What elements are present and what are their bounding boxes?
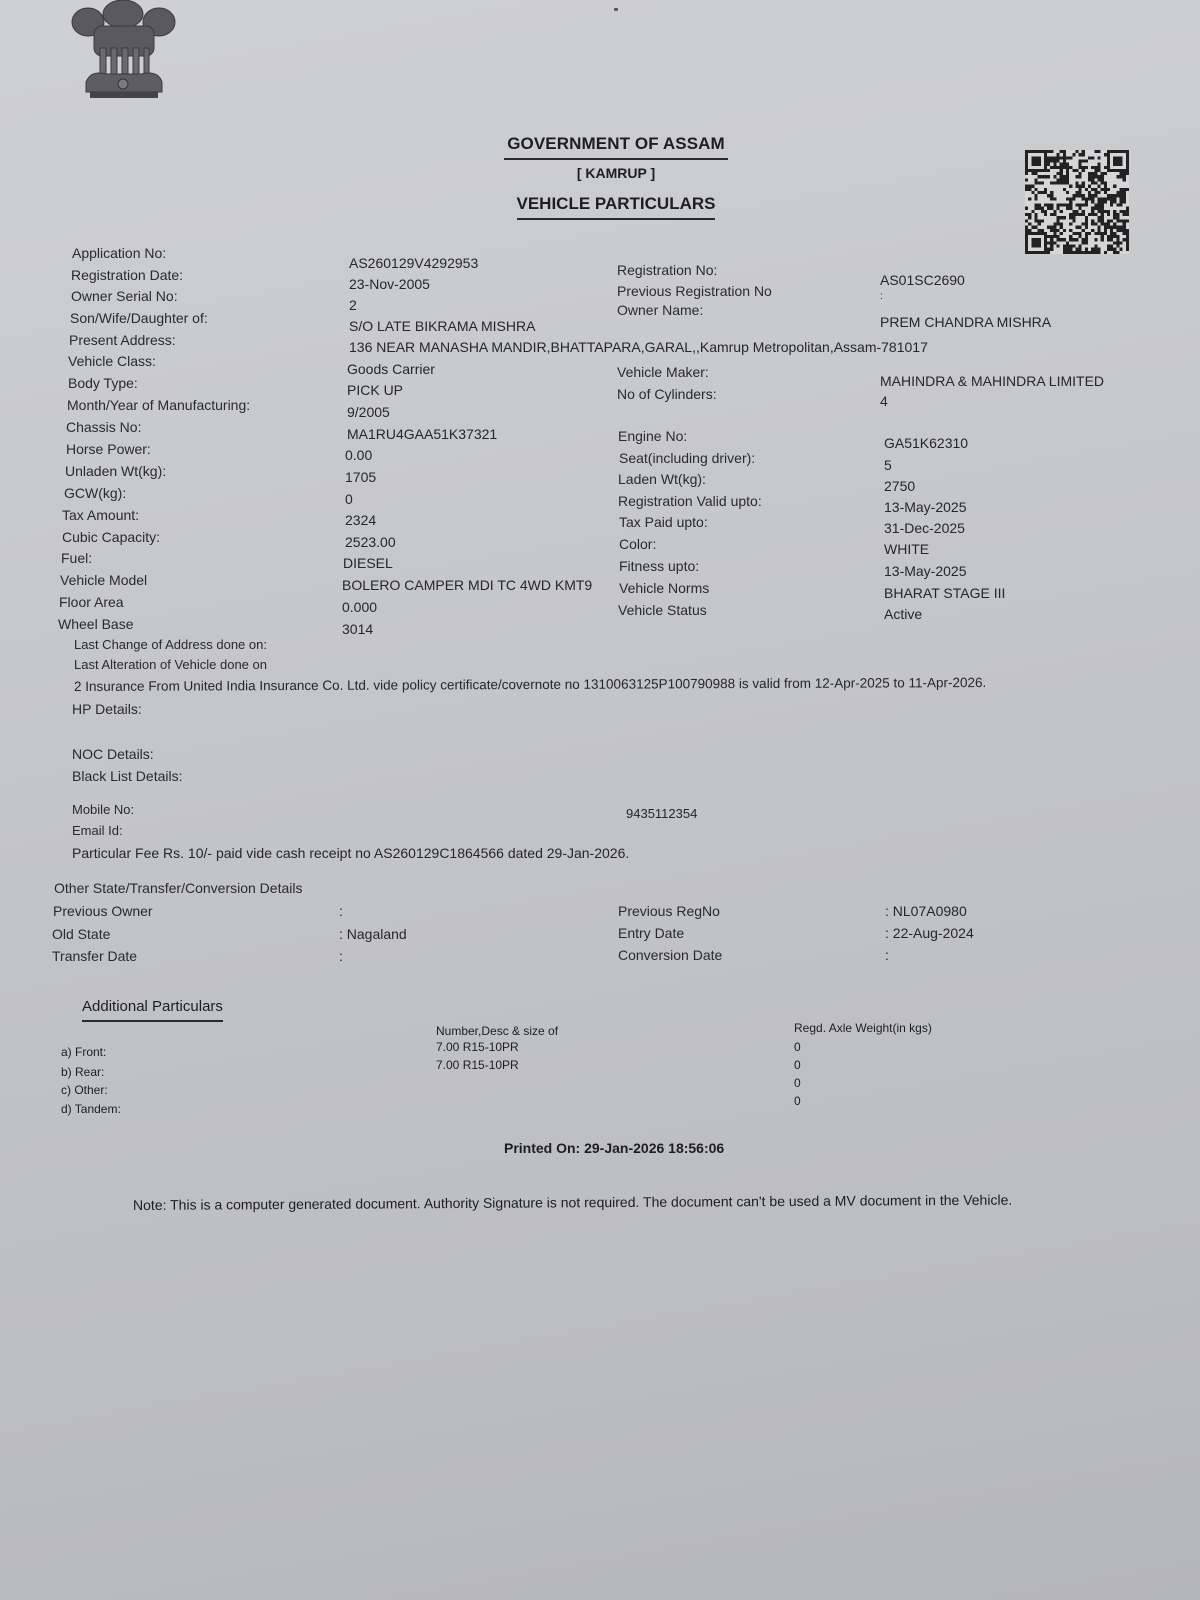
field-label: Vehicle Class: bbox=[68, 353, 156, 369]
field-label: Owner Name: bbox=[617, 302, 703, 318]
field-value: 13-May-2025 bbox=[884, 499, 967, 515]
hp-details-label: HP Details: bbox=[72, 701, 142, 717]
field-label: Application No: bbox=[72, 245, 166, 261]
field-value: 1705 bbox=[345, 469, 376, 485]
field-label: Vehicle Norms bbox=[619, 580, 709, 596]
field-label: Wheel Base bbox=[58, 616, 133, 632]
field-label: Seat(including driver): bbox=[619, 450, 755, 466]
field-value: 3014 bbox=[342, 621, 373, 637]
axle-row-label: d) Tandem: bbox=[61, 1102, 121, 1116]
field-label: Registration Valid upto: bbox=[618, 493, 762, 509]
field-label: Body Type: bbox=[68, 375, 138, 391]
field-label: Vehicle Status bbox=[618, 602, 707, 618]
field-value: DIESEL bbox=[343, 555, 393, 571]
field-label: Horse Power: bbox=[66, 441, 151, 457]
field-value: PREM CHANDRA MISHRA bbox=[880, 314, 1051, 330]
field-label: Unladen Wt(kg): bbox=[65, 463, 166, 479]
field-value: S/O LATE BIKRAMA MISHRA bbox=[349, 318, 535, 334]
entry-date-label: Entry Date bbox=[618, 925, 684, 941]
field-label: Vehicle Model bbox=[60, 572, 147, 588]
axle-row-label: a) Front: bbox=[61, 1045, 106, 1059]
government-title: GOVERNMENT OF ASSAM bbox=[504, 134, 728, 160]
field-value: 0.000 bbox=[342, 599, 377, 615]
noc-details-label: NOC Details: bbox=[72, 746, 154, 762]
blacklist-details-label: Black List Details: bbox=[72, 768, 182, 784]
field-value: AS260129V4292953 bbox=[349, 255, 478, 271]
axle-row-label: b) Rear: bbox=[61, 1065, 104, 1079]
axle-weight: 0 bbox=[794, 1040, 801, 1054]
field-label: Owner Serial No: bbox=[71, 288, 178, 304]
field-label: Fitness upto: bbox=[619, 558, 699, 574]
district-name: [ KAMRUP ] bbox=[504, 165, 728, 181]
field-value: BOLERO CAMPER MDI TC 4WD KMT9 bbox=[342, 577, 592, 593]
mobile-value: 9435112354 bbox=[626, 806, 697, 821]
field-value: 2523.00 bbox=[345, 534, 396, 550]
qr-code-icon bbox=[1024, 150, 1130, 254]
field-value: BHARAT STAGE III bbox=[884, 585, 1005, 601]
field-value: MA1RU4GAA51K37321 bbox=[347, 426, 497, 442]
printed-on: Printed On: 29-Jan-2026 18:56:06 bbox=[504, 1140, 724, 1156]
old-state-label: Old State bbox=[52, 926, 110, 942]
field-label: Fuel: bbox=[61, 550, 92, 566]
field-value: AS01SC2690 bbox=[880, 272, 965, 288]
field-value: 5 bbox=[884, 457, 892, 473]
previous-regno-label: Previous RegNo bbox=[618, 903, 720, 919]
transfer-date-value: : bbox=[339, 948, 343, 964]
last-alteration-label: Last Alteration of Vehicle done on bbox=[74, 657, 267, 672]
field-value: 13-May-2025 bbox=[884, 563, 967, 579]
old-state-value: : Nagaland bbox=[339, 926, 407, 942]
axle-weight: 0 bbox=[794, 1094, 801, 1108]
field-label: Vehicle Maker: bbox=[617, 364, 709, 380]
field-label: Chassis No: bbox=[66, 419, 141, 435]
field-value: : bbox=[880, 291, 883, 302]
mobile-label: Mobile No: bbox=[72, 802, 134, 817]
field-label: Month/Year of Manufacturing: bbox=[67, 397, 250, 413]
field-label: Previous Registration No bbox=[617, 283, 772, 299]
axle-weight: 0 bbox=[794, 1058, 801, 1072]
last-change-address-label: Last Change of Address done on: bbox=[74, 637, 267, 652]
footer-note: Note: This is a computer generated docum… bbox=[133, 1192, 1012, 1213]
field-value: 31-Dec-2025 bbox=[884, 520, 965, 536]
field-value: Active bbox=[884, 606, 922, 622]
transfer-heading: Other State/Transfer/Conversion Details bbox=[54, 880, 302, 896]
field-label: Registration Date: bbox=[71, 267, 183, 283]
conversion-date-value: : bbox=[885, 947, 889, 963]
previous-owner-label: Previous Owner bbox=[53, 903, 153, 919]
insurance-details: 2 Insurance From United India Insurance … bbox=[74, 675, 986, 694]
fee-note: Particular Fee Rs. 10/- paid vide cash r… bbox=[72, 845, 629, 861]
field-label: Son/Wife/Daughter of: bbox=[70, 310, 208, 326]
previous-owner-value: : bbox=[339, 903, 343, 919]
email-label: Email Id: bbox=[72, 823, 123, 838]
axle-weight: 0 bbox=[794, 1076, 801, 1090]
field-label: GCW(kg): bbox=[64, 485, 126, 501]
field-value: WHITE bbox=[884, 541, 929, 557]
previous-regno-value: : NL07A0980 bbox=[885, 903, 967, 919]
field-value: 23-Nov-2005 bbox=[349, 276, 430, 292]
field-value: Goods Carrier bbox=[347, 361, 435, 377]
entry-date-value: : 22-Aug-2024 bbox=[885, 925, 974, 941]
field-label: Present Address: bbox=[69, 332, 176, 348]
page-title: VEHICLE PARTICULARS bbox=[517, 194, 716, 220]
field-value: MAHINDRA & MAHINDRA LIMITED bbox=[880, 373, 1104, 389]
additional-particulars-heading: Additional Particulars bbox=[82, 998, 223, 1022]
conversion-date-label: Conversion Date bbox=[618, 947, 722, 963]
field-value: 0.00 bbox=[345, 447, 372, 463]
field-value: 2750 bbox=[884, 478, 915, 494]
axle-weight-header: Regd. Axle Weight(in kgs) bbox=[794, 1021, 932, 1035]
print-speck bbox=[614, 8, 618, 11]
field-value: 4 bbox=[880, 393, 888, 409]
field-label: Registration No: bbox=[617, 262, 717, 278]
field-value: 136 NEAR MANASHA MANDIR,BHATTAPARA,GARAL… bbox=[349, 339, 928, 355]
field-value: 0 bbox=[345, 491, 353, 507]
field-label: Engine No: bbox=[618, 428, 687, 444]
axle-row-label: c) Other: bbox=[61, 1083, 108, 1097]
field-label: Color: bbox=[619, 536, 656, 552]
field-value: 9/2005 bbox=[347, 404, 390, 420]
field-value: 2 bbox=[349, 297, 357, 313]
field-label: Tax Amount: bbox=[62, 507, 139, 523]
field-label: Cubic Capacity: bbox=[62, 529, 160, 545]
field-label: No of Cylinders: bbox=[617, 386, 717, 402]
national-emblem-icon bbox=[66, 0, 181, 100]
tyre-header: Number,Desc & size of bbox=[436, 1024, 558, 1038]
transfer-date-label: Transfer Date bbox=[52, 948, 137, 964]
field-label: Floor Area bbox=[59, 594, 124, 610]
tyre-size: 7.00 R15-10PR bbox=[436, 1058, 519, 1072]
field-value: 2324 bbox=[345, 512, 376, 528]
field-value: PICK UP bbox=[347, 382, 403, 398]
document-header: GOVERNMENT OF ASSAM [ KAMRUP ] VEHICLE P… bbox=[504, 134, 728, 220]
field-label: Laden Wt(kg): bbox=[618, 471, 706, 487]
tyre-size: 7.00 R15-10PR bbox=[436, 1040, 519, 1054]
field-label: Tax Paid upto: bbox=[619, 514, 708, 530]
field-value: GA51K62310 bbox=[884, 435, 968, 451]
